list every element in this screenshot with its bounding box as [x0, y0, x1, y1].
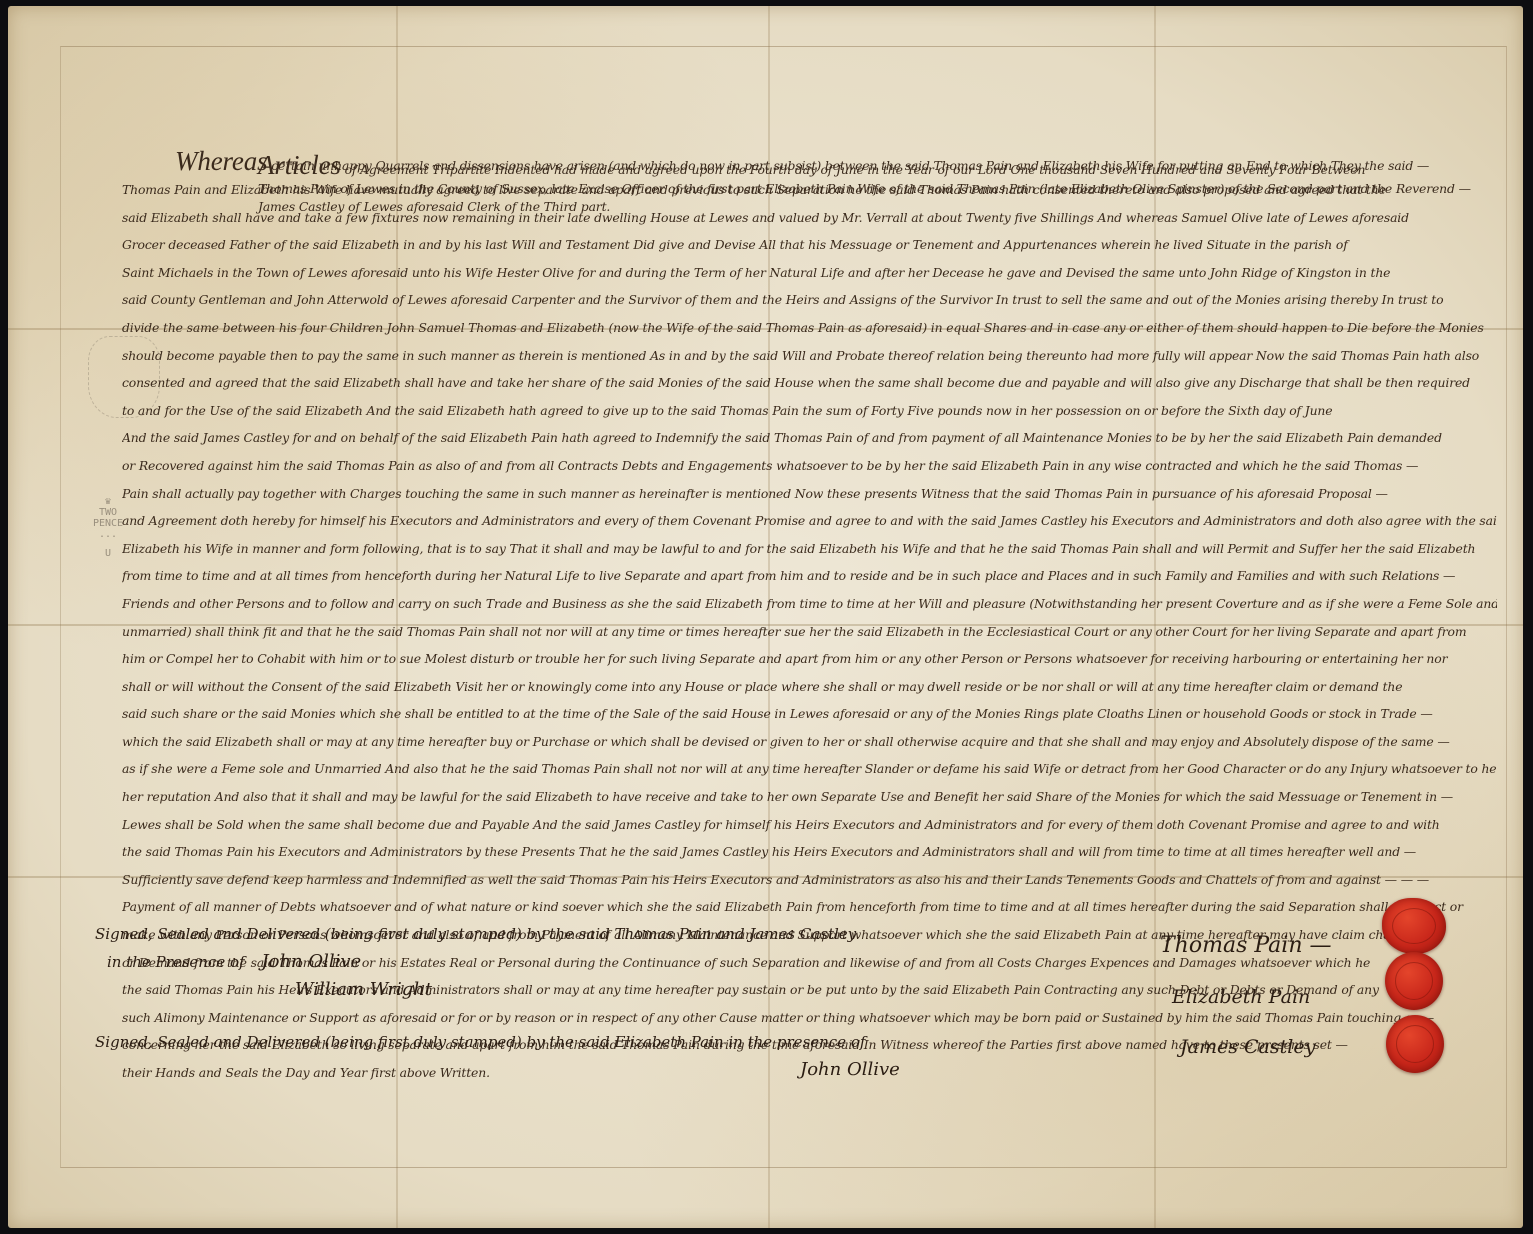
body-line: Elizabeth his Wife in manner and form fo…	[122, 535, 1497, 563]
body-line: said County Gentleman and John Atterwold…	[122, 286, 1497, 314]
body-line: her reputation And also that it shall an…	[122, 783, 1497, 811]
body-line: certain unhappy Quarrels and dissensions…	[271, 158, 1429, 173]
body-line: Friends and other Persons and to follow …	[122, 590, 1497, 618]
body-line: Sufficiently save defend keep harmless a…	[122, 866, 1497, 894]
attestation-clause: Signed, Sealed and Delivered (being firs…	[95, 920, 995, 948]
party-signatures: Thomas Pain — Elizabeth Pain James Castl…	[1160, 920, 1360, 1072]
wax-seal	[1385, 952, 1443, 1010]
body-line: shall or will without the Consent of the…	[122, 673, 1497, 701]
body-line: and Agreement doth hereby for himself hi…	[122, 507, 1497, 535]
body-line: consented and agreed that the said Eliza…	[122, 369, 1497, 397]
wax-seal	[1386, 1015, 1444, 1073]
witness-signature: John Ollive	[95, 1056, 995, 1084]
body-line: from time to time and at all times from …	[122, 562, 1497, 590]
witness-signature: John Ollive	[261, 951, 361, 972]
signature-james-castley: James Castley	[1160, 1022, 1360, 1072]
body-line: And the said James Castley for and on be…	[122, 424, 1497, 452]
attestation-clause: Signed, Sealed and Delivered (being firs…	[95, 1028, 995, 1056]
body-line: Lewes shall be Sold when the same shall …	[122, 811, 1497, 839]
witness-signature: William Wright	[95, 976, 995, 1004]
body-line: the said Thomas Pain his Executors and A…	[122, 838, 1497, 866]
body-line: should become payable then to pay the sa…	[122, 342, 1497, 370]
body-line: said such share or the said Monies which…	[122, 700, 1497, 728]
body-line: Thomas Pain and Elizabeth his Wife have …	[122, 176, 1497, 204]
body-line: to and for the Use of the said Elizabeth…	[122, 397, 1497, 425]
presence-label: in the Presence of	[107, 953, 245, 971]
body-line: him or Compel her to Cohabit with him or…	[122, 645, 1497, 673]
body-line: or Recovered against him the said Thomas…	[122, 452, 1497, 480]
body-line: which the said Elizabeth shall or may at…	[122, 728, 1497, 756]
attestation-block: Signed, Sealed and Delivered (being firs…	[95, 920, 995, 1084]
body-line: unmarried) shall think fit and that he t…	[122, 618, 1497, 646]
opening-word: Whereas	[175, 148, 267, 176]
body-line: Payment of all manner of Debts whatsoeve…	[122, 893, 1497, 921]
document-body: Whereas certain unhappy Quarrels and dis…	[175, 148, 1485, 176]
body-line: divide the same between his four Childre…	[122, 314, 1497, 342]
body-line: Grocer deceased Father of the said Eliza…	[122, 231, 1497, 259]
signature-thomas-pain: Thomas Pain —	[1160, 920, 1360, 972]
body-line: Pain shall actually pay together with Ch…	[122, 480, 1497, 508]
signature-elizabeth-pain: Elizabeth Pain	[1160, 972, 1360, 1022]
body-line: said Elizabeth shall have and take a few…	[122, 204, 1497, 232]
body-line: Saint Michaels in the Town of Lewes afor…	[122, 259, 1497, 287]
wax-seal	[1382, 898, 1446, 954]
body-line: as if she were a Feme sole and Unmarried…	[122, 755, 1497, 783]
